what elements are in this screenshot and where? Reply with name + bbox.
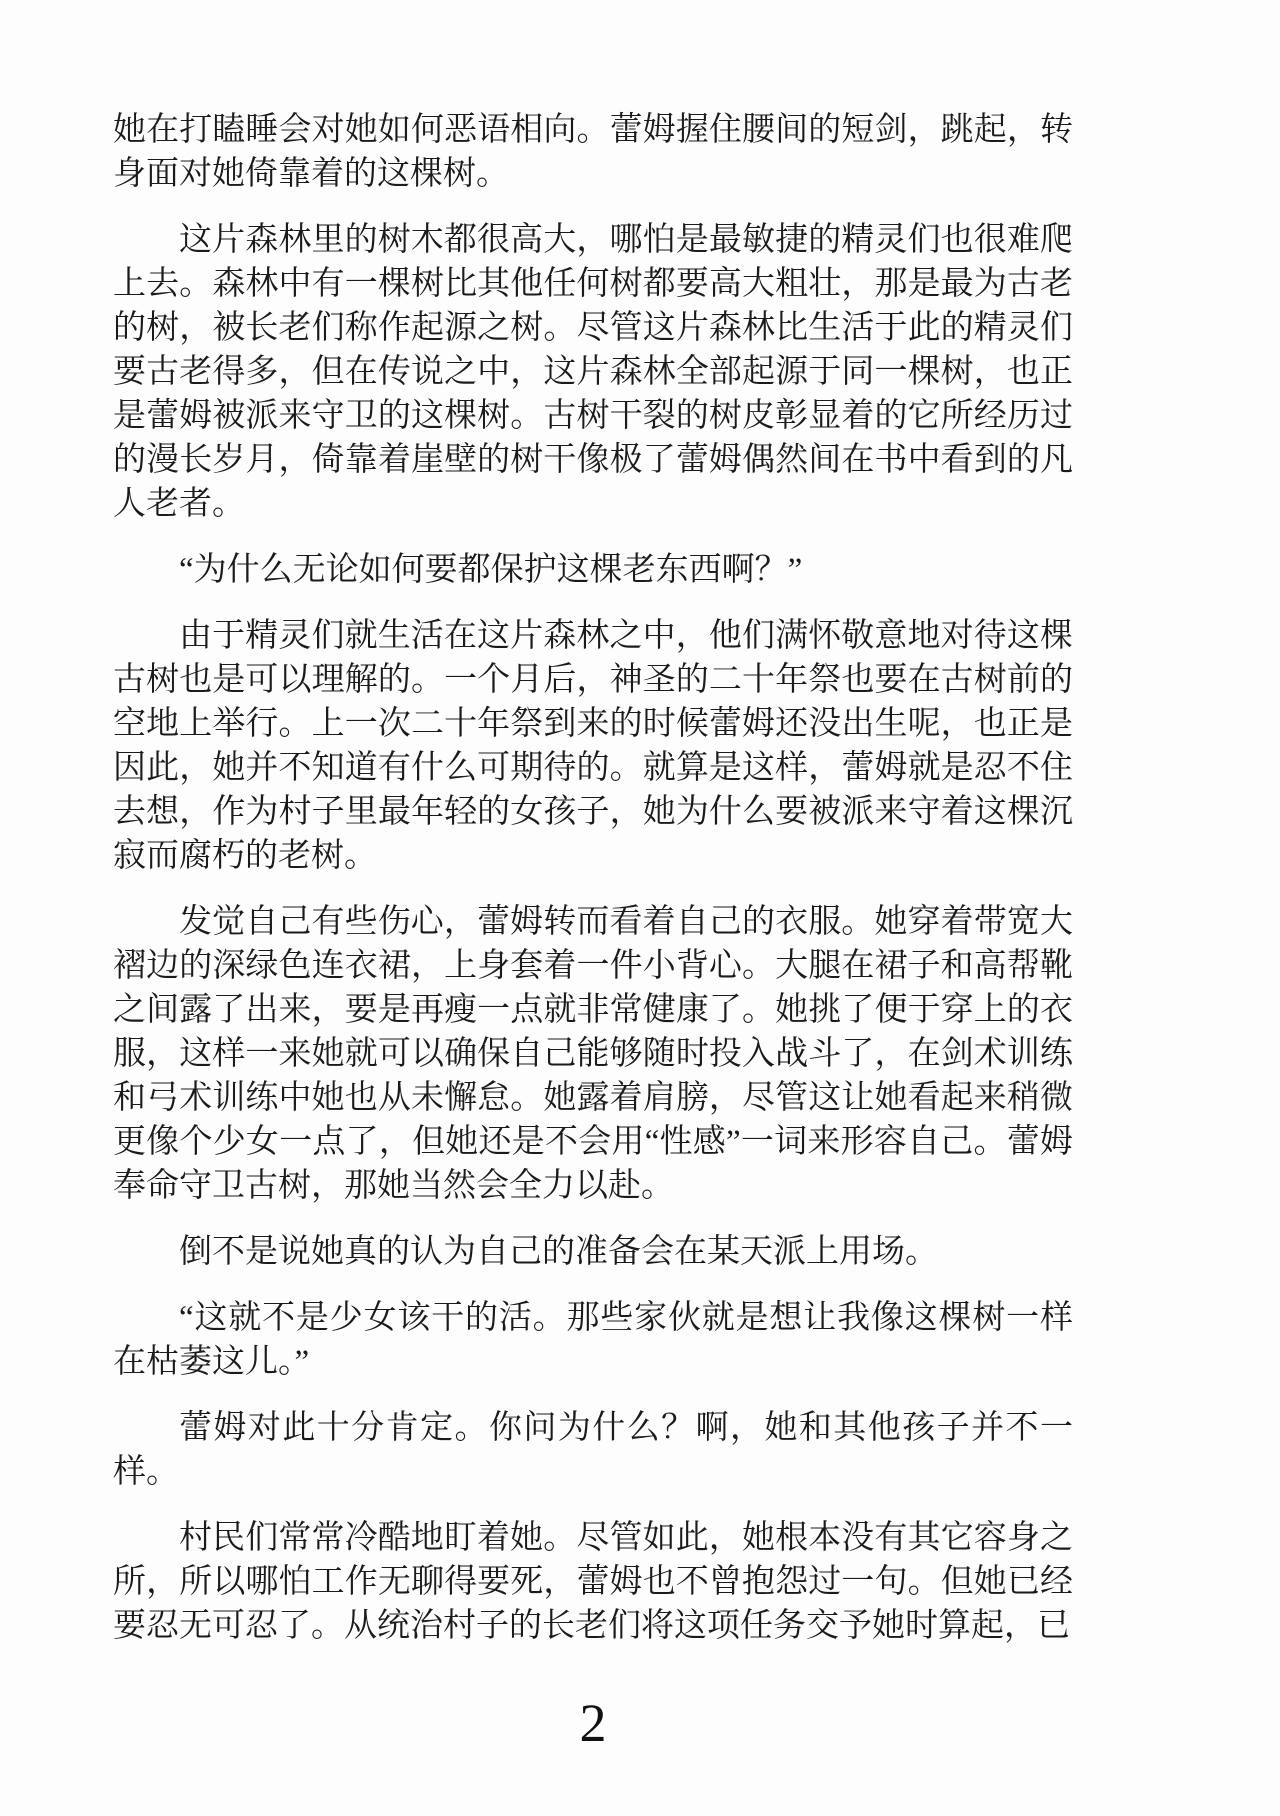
page-number: 2 (113, 1694, 1073, 1753)
paragraph: 这片森林里的树木都很高大，哪怕是最敏捷的精灵们也很难爬上去。森林中有一棵树比其他… (113, 218, 1073, 526)
paragraph: 她在打瞌睡会对她如何恶语相向。蕾姆握住腰间的短剑，跳起，转身面对她倚靠着的这棵树… (113, 108, 1073, 196)
paragraph: 倒不是说她真的认为自己的准备会在某天派上用场。 (113, 1230, 1073, 1274)
text-block: 她在打瞌睡会对她如何恶语相向。蕾姆握住腰间的短剑，跳起，转身面对她倚靠着的这棵树… (113, 108, 1073, 1753)
book-page: 她在打瞌睡会对她如何恶语相向。蕾姆握住腰间的短剑，跳起，转身面对她倚靠着的这棵树… (0, 0, 1280, 1816)
paragraph: 蕾姆对此十分肯定。你问为什么？啊，她和其他孩子并不一样。 (113, 1406, 1073, 1494)
paragraph: 由于精灵们就生活在这片森林之中，他们满怀敬意地对待这棵古树也是可以理解的。一个月… (113, 614, 1073, 878)
paragraph: 村民们常常冷酷地盯着她。尽管如此，她根本没有其它容身之所，所以哪怕工作无聊得要死… (113, 1516, 1073, 1648)
paragraph-quote: “这就不是少女该干的活。那些家伙就是想让我像这棵树一样在枯萎这儿。” (113, 1296, 1073, 1384)
paragraph-quote: “为什么无论如何要都保护这棵老东西啊？” (113, 548, 1073, 592)
paragraph: 发觉自己有些伤心，蕾姆转而看着自己的衣服。她穿着带宽大褶边的深绿色连衣裙，上身套… (113, 900, 1073, 1208)
